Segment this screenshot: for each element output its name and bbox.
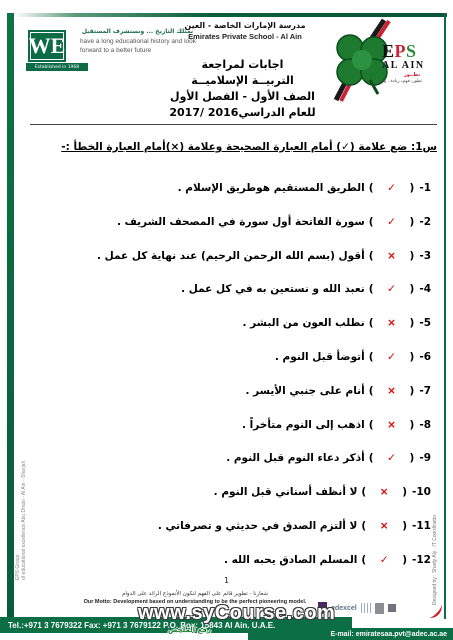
- statement-text: نعبد الله و نستعين به في كل عمل .: [181, 283, 365, 295]
- eps-alain-label: AL AIN: [382, 60, 425, 71]
- paren-open: (: [402, 554, 407, 566]
- title-line-4: للعام الدراسي2016 /2017: [135, 105, 350, 121]
- statement-text: أقول (بسم الله الرحمن الرحيم) عند نهاية …: [97, 250, 365, 262]
- item-number: 3-: [419, 250, 431, 262]
- statement-row: 4-(✓)نعبد الله و نستعين به في كل عمل .: [16, 283, 431, 317]
- title-line-3: الصف الأول - الفصل الأول: [135, 89, 350, 105]
- paren-open: (: [410, 385, 415, 397]
- answer-mark: ×: [366, 486, 402, 498]
- item-number: 12-: [412, 554, 431, 566]
- page-number: 1: [0, 576, 453, 585]
- title-line-1: اجابات لمراجعة: [135, 57, 350, 73]
- answer-mark: ×: [374, 385, 410, 397]
- statement-row: 7-(×)أنام على جنبي الأيسر .: [16, 385, 431, 419]
- top-gradient-border: [14, 13, 447, 17]
- edexcel-hatch-icon: [361, 603, 371, 613]
- answer-mark: ×: [374, 419, 410, 431]
- footer-email: E-mail: emiratesaa.pvt@adec.ac.ae: [330, 631, 447, 638]
- item-number: 10-: [412, 486, 431, 498]
- item-number: 11-: [412, 520, 431, 532]
- statement-text: نطلب العون من البشر .: [243, 317, 365, 329]
- adec-logo-icon: [375, 603, 384, 614]
- paren-open: (: [402, 486, 407, 498]
- side-text-excellence: of educational excellence Abu Dhabi - Al…: [21, 440, 27, 580]
- item-number: 2-: [419, 216, 431, 228]
- we-logo: WE: [28, 30, 66, 62]
- statement-row: 3-(×)أقول (بسم الله الرحمن الرحيم) عند ن…: [16, 250, 431, 284]
- statement-row: 6-(✓)أتوضأ قبل النوم .: [16, 351, 431, 385]
- answer-mark: ×: [374, 317, 410, 329]
- paren-open: (: [410, 419, 415, 431]
- statement-row: 11-(×)لا ألتزم الصدق في حديثي و تصرفاتي …: [16, 520, 431, 554]
- statement-text: الطريق المستقيم هوطريق الإسلام .: [178, 182, 365, 194]
- eps-tagline-red: تطــور: [388, 72, 436, 78]
- statement-list: 1-(✓)الطريق المستقيم هوطريق الإسلام .2-(…: [16, 182, 431, 588]
- paren-open: (: [410, 317, 415, 329]
- answer-mark: ×: [366, 520, 402, 532]
- item-number: 7-: [419, 385, 431, 397]
- statement-text: أتوضأ قبل النوم .: [275, 351, 365, 363]
- accreditation-logos: edexcel: [318, 600, 436, 616]
- paren-open: (: [410, 283, 415, 295]
- item-number: 9-: [419, 452, 431, 464]
- statement-text: لا ألتزم الصدق في حديثي و تصرفاتي .: [158, 520, 358, 532]
- item-number: 6-: [419, 351, 431, 363]
- worksheet-page: WE Established in 1968 نمتلك التاريخ ...…: [0, 0, 453, 640]
- statement-row: 1-(✓)الطريق المستقيم هوطريق الإسلام .: [16, 182, 431, 216]
- title-line-2: التربيــة الإسلاميــة: [135, 73, 350, 89]
- answer-mark: ✓: [374, 452, 410, 464]
- answer-mark: ✓: [374, 283, 410, 295]
- eps-letter-e: E: [382, 41, 395, 61]
- item-number: 4-: [419, 283, 431, 295]
- paren-open: (: [410, 216, 415, 228]
- watermark-url: www.syCourse.com: [138, 602, 335, 625]
- paren-open: (: [410, 250, 415, 262]
- statement-text: اذهب إلى النوم متأخراً .: [242, 419, 365, 431]
- motto-arabic: شعارنا - تطوير قائم على الفهم لنكون الأن…: [40, 591, 350, 597]
- answer-mark: ×: [374, 250, 410, 262]
- document-title: اجابات لمراجعة التربيــة الإسلاميــة الص…: [135, 57, 350, 121]
- header-divider-line: [30, 124, 437, 125]
- left-green-border: [7, 13, 14, 619]
- question-heading: س1: ضع علامة (✓) أمام العبارة الصحيحة وع…: [16, 141, 437, 153]
- statement-text: أذكر دعاء النوم قبل النوم .: [226, 452, 365, 464]
- statement-text: المسلم الصادق يحبه الله .: [224, 554, 357, 566]
- eps-letter-p: P: [395, 41, 407, 61]
- watermark-arabic: رفع الملخص: [168, 626, 211, 634]
- eps-letters: EPS: [382, 42, 417, 60]
- statement-row: 9-(✓)أذكر دعاء النوم قبل النوم .: [16, 452, 431, 486]
- answer-mark: ✓: [374, 216, 410, 228]
- right-green-border: [444, 13, 446, 619]
- we-established-label: Established in 1968: [26, 63, 88, 71]
- misc-logo-icon: [388, 604, 396, 612]
- footer-email-bar: E-mail: emiratesaa.pvt@adec.ac.ae: [248, 628, 453, 640]
- eps-tagline-small: تطور، فهم، ريادة.. وام: [362, 79, 440, 84]
- answer-mark: ✓: [374, 351, 410, 363]
- side-text-designer-credit: Designed by : Shady Aly , IT Coordinator: [432, 455, 438, 605]
- item-number: 5-: [419, 317, 431, 329]
- we-logo-text: WE: [29, 35, 66, 57]
- statement-row: 10-(×)لا أنظف أسناني قبل النوم .: [16, 486, 431, 520]
- item-number: 8-: [419, 419, 431, 431]
- statement-row: 2-(✓)سورة الفاتحة أول سورة في المصحف الش…: [16, 216, 431, 250]
- red-swoosh-icon: [428, 604, 444, 620]
- eps-letter-s: S: [406, 41, 417, 61]
- paren-open: (: [410, 182, 415, 194]
- paren-open: (: [410, 351, 415, 363]
- paren-open: (: [410, 452, 415, 464]
- statement-text: لا أنظف أسناني قبل النوم .: [214, 486, 358, 498]
- statement-row: 5-(×)نطلب العون من البشر .: [16, 317, 431, 351]
- statement-text: أنام على جنبي الأيسر .: [245, 385, 364, 397]
- school-name-arabic: مدرسة الإمارات الخاصة - العين: [160, 21, 330, 30]
- statement-text: سورة الفاتحة أول سورة في المصحف الشريف .: [117, 216, 365, 228]
- school-name-english: Emirates Private School - Al Ain: [160, 32, 330, 41]
- paren-open: (: [402, 520, 407, 532]
- statement-row: 8-(×)اذهب إلى النوم متأخراً .: [16, 419, 431, 453]
- answer-mark: ✓: [366, 554, 402, 566]
- item-number: 1-: [419, 182, 431, 194]
- answer-mark: ✓: [374, 182, 410, 194]
